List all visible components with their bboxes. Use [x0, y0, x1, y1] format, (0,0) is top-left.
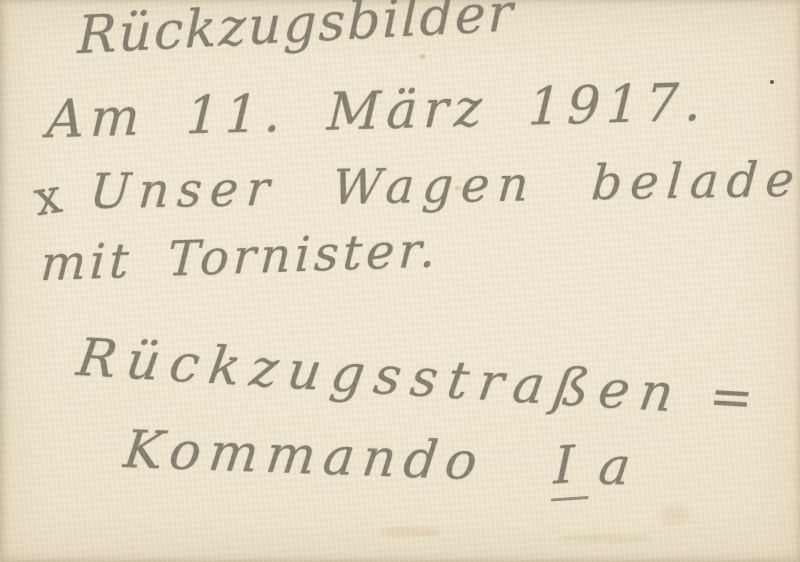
handwritten-unit-name: Kommando — [120, 420, 488, 497]
paper-speck — [420, 54, 425, 59]
handwritten-date-line: Am 11. März 1917. — [45, 73, 708, 150]
handwritten-unit-line-1: Rückzugsstraßen = — [73, 328, 767, 429]
unit-designation-suffix: a — [595, 437, 641, 498]
handwritten-x-marker: x — [30, 168, 66, 228]
handwritten-unit-line-2: Kommando Ia — [120, 420, 642, 503]
handwritten-unit-designation: Ia — [548, 435, 641, 503]
paper-stain — [560, 535, 650, 542]
paper-stain — [380, 528, 440, 536]
paper-stain — [660, 505, 690, 525]
handwritten-caption-line-1: Unser Wagen beladen — [88, 151, 800, 220]
photo-back-paper: Rückzugsbilder Am 11. März 1917. x Unser… — [0, 0, 800, 562]
handwritten-title-line: Rückzugsbilder — [77, 0, 515, 66]
paper-speck — [770, 80, 774, 84]
handwritten-caption-line-2: mit Tornister. — [39, 222, 441, 292]
underlined-roman-numeral: I — [552, 434, 590, 501]
